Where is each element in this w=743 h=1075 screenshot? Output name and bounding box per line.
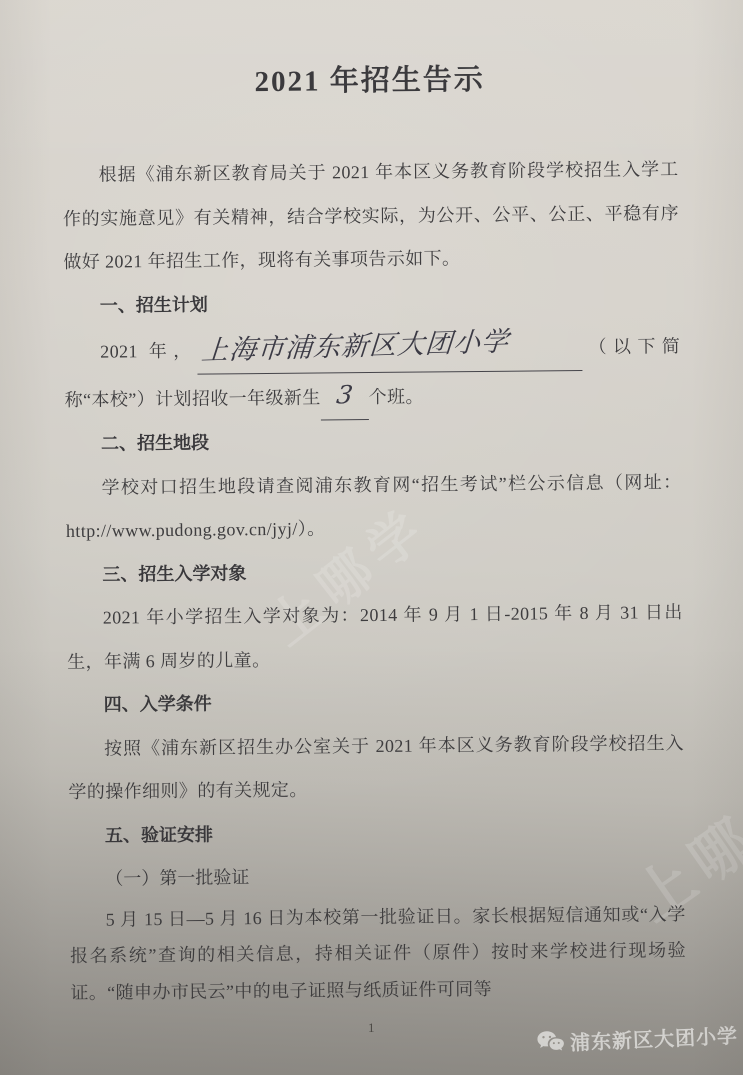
document-content: 2021 年招生告示 根据《浦东新区教育局关于 2021 年本区义务教育阶段学校…: [61, 55, 686, 1011]
section1-prefix: 2021 年，: [100, 341, 198, 362]
document-photo: 上哪学 上哪学 2021 年招生告示 根据《浦东新区教育局关于 2021 年本区…: [0, 0, 743, 1075]
section1-heading: 一、招生计划: [64, 279, 680, 328]
wechat-icon: [536, 1029, 565, 1055]
section5-heading: 五、验证安排: [69, 809, 685, 858]
intro-paragraph: 根据《浦东新区教育局关于 2021 年本区义务教育阶段学校招生入学工作的实施意见…: [62, 148, 679, 284]
page-number: 1: [368, 1020, 375, 1036]
handwritten-school-name: 上海市浦东新区大团小学: [196, 320, 511, 373]
section1-suffix: 个班。: [369, 386, 424, 407]
class-count-blank: 3: [320, 373, 368, 421]
section2-heading: 二、招生地段: [65, 417, 681, 466]
section4-body: 按照《浦东新区招生办公室关于 2021 年本区义务教育阶段学校招生入学的操作细则…: [68, 722, 685, 815]
wechat-watermark: 浦东新区大团小学: [535, 1020, 738, 1058]
handwritten-class-count: 3: [334, 373, 356, 417]
section2-body: 学校对口招生地段请查阅浦东教育网“招生考试”栏公示信息（网址：http://ww…: [65, 461, 682, 554]
section5-body: 5 月 15 日—5 月 16 日为本校第一批验证日。家长根据短信通知或“入学报…: [70, 896, 687, 1011]
section3-heading: 三、招生入学对象: [66, 548, 682, 597]
school-name-blank: 上海市浦东新区大团小学: [197, 323, 582, 374]
page-title: 2021 年招生告示: [61, 55, 677, 102]
section3-body: 2021 年小学招生入学对象为：2014 年 9 月 1 日-2015 年 8 …: [67, 591, 684, 684]
section1-body: 2021 年，上海市浦东新区大团小学（以下简称“本校”）计划招收一年级新生3个班…: [64, 322, 681, 423]
section5-subheading: （一）第一批验证: [69, 852, 685, 901]
section4-heading: 四、入学条件: [67, 678, 683, 727]
wechat-watermark-label: 浦东新区大团小学: [569, 1020, 738, 1056]
